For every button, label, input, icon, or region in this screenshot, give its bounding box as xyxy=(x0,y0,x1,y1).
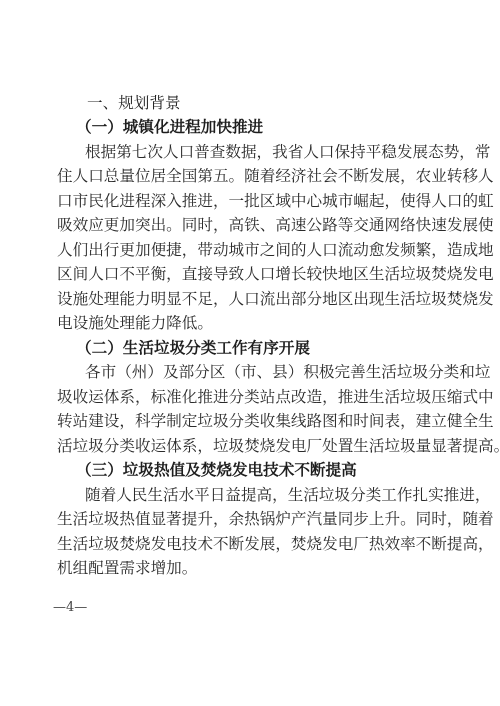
document-page: 一、规划背景 （一）城镇化进程加快推进 根据第七次人口普查数据，我省人口保持平稳… xyxy=(0,0,500,706)
paragraph-line: 人们出行更加便捷，带动城市之间的人口流动愈发频繁，造成地 xyxy=(57,239,427,261)
paragraph-line: 设施处理能力明显不足，人口流出部分地区出现生活垃圾焚烧发 xyxy=(57,288,427,310)
paragraph-line: 口市民化进程深入推进，一批区域中心城市崛起，使得人口的虹 xyxy=(57,190,427,212)
page-number: —4— xyxy=(53,598,87,618)
paragraph-line: 圾收运体系，标准化推进分类站点改造，推进生活垃圾压缩式中 xyxy=(57,386,427,408)
paragraph-line: 区间人口不平衡，直接导致人口增长较快地区生活垃圾焚烧发电 xyxy=(57,263,427,285)
paragraph-line: 机组配置需求增加。 xyxy=(57,557,427,579)
paragraph-line: 转站建设，科学制定垃圾分类收集线路图和时间表，建立健全生 xyxy=(57,410,427,432)
paragraph-line: 随着人民生活水平日益提高，生活垃圾分类工作扎实推进， xyxy=(85,484,427,506)
paragraph-line: 电设施处理能力降低。 xyxy=(57,312,427,334)
subsection-title-1: （一）城镇化进程加快推进 xyxy=(76,116,263,138)
paragraph-line: 各市（州）及部分区（市、县）积极完善生活垃圾分类和垃 xyxy=(85,361,427,383)
subsection-title-2: （二）生活垃圾分类工作有序开展 xyxy=(76,337,310,359)
section-heading: 一、规划背景 xyxy=(87,92,181,114)
paragraph-line: 生活垃圾焚烧发电技术不断发展，焚烧发电厂热效率不断提高， xyxy=(57,533,427,555)
subsection-title-3: （三）垃圾热值及焚烧发电技术不断提高 xyxy=(76,459,357,481)
paragraph-line: 住人口总量位居全国第五。随着经济社会不断发展，农业转移人 xyxy=(57,165,427,187)
paragraph-line: 根据第七次人口普查数据，我省人口保持平稳发展态势，常 xyxy=(85,141,427,163)
paragraph-line: 活垃圾分类收运体系，垃圾焚烧发电厂处置生活垃圾量显著提高。 xyxy=(57,435,431,457)
paragraph-line: 吸效应更加突出。同时，高铁、高速公路等交通网络快速发展使 xyxy=(57,214,427,236)
paragraph-line: 生活垃圾热值显著提升，余热锅炉产汽量同步上升。同时，随着 xyxy=(57,508,427,530)
